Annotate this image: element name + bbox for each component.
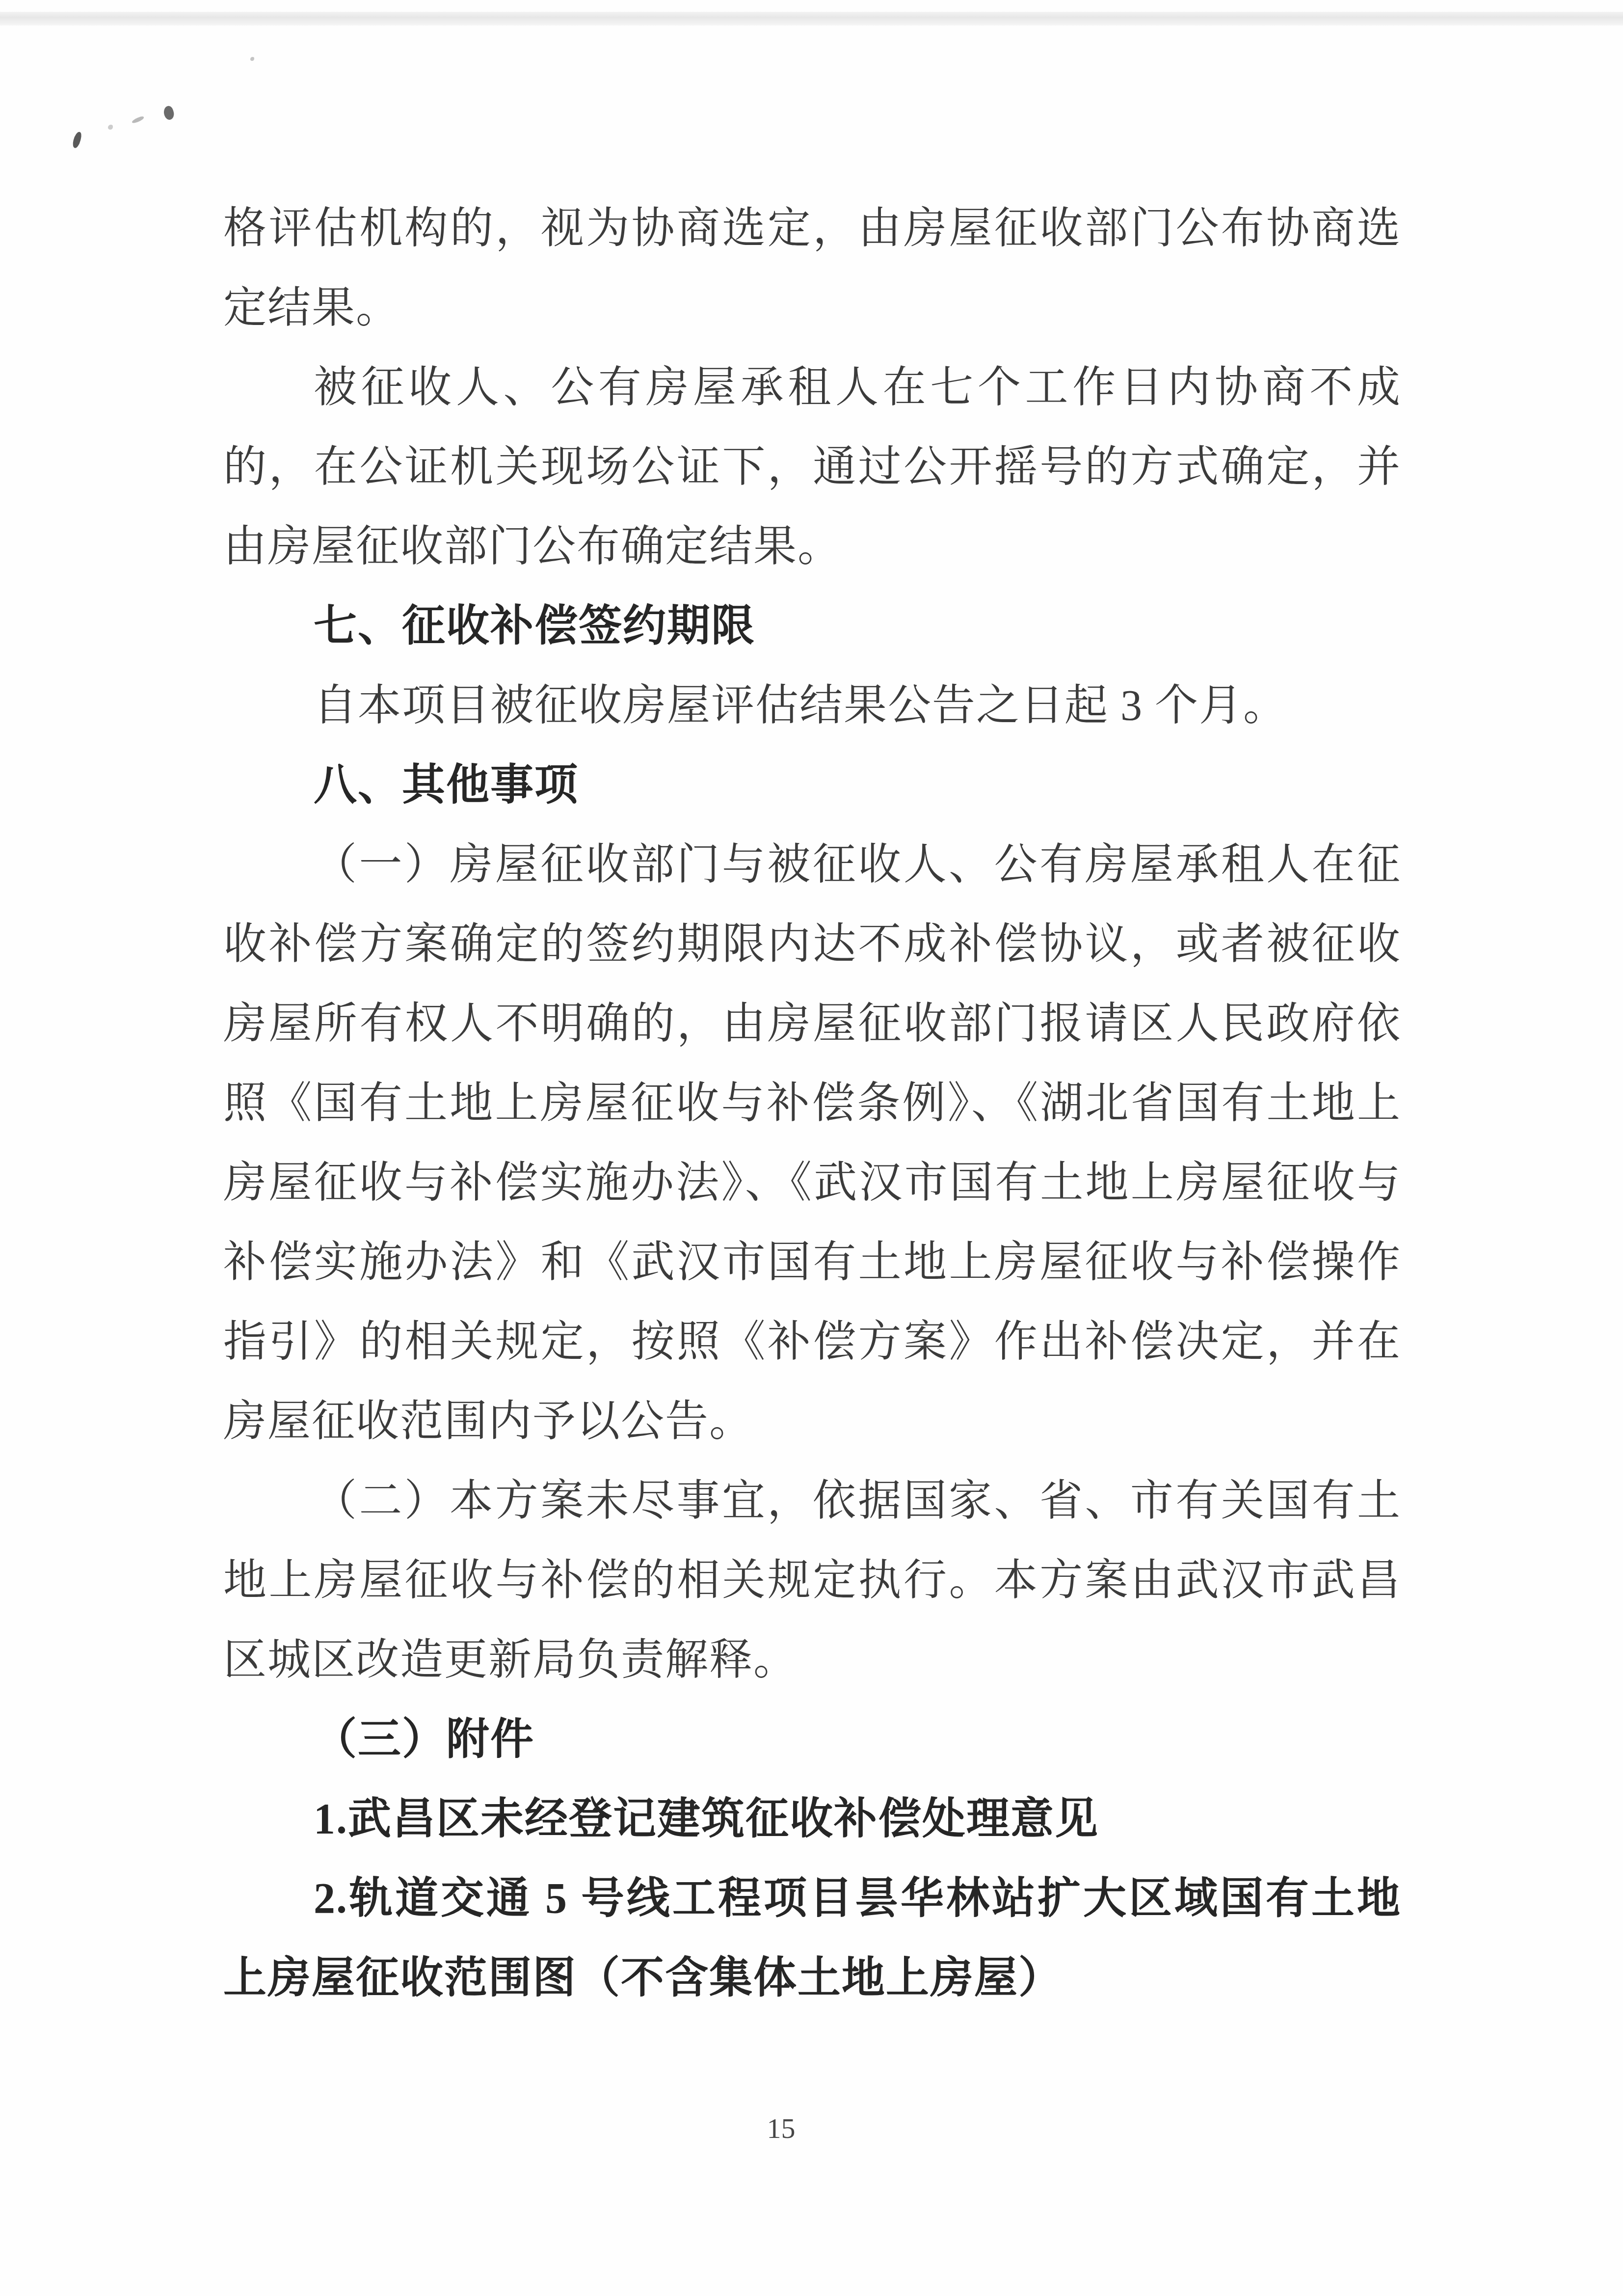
scan-speckle [250, 57, 254, 61]
text-line: 房屋征收与补偿实施办法》、《武汉市国有土地上房屋征收与 [223, 1143, 1401, 1223]
scan-speckle [131, 115, 144, 124]
text-line: 被征收人、公有房屋承租人在七个工作日内协商不成 [223, 348, 1401, 428]
text-line: 补偿实施办法》和《武汉市国有土地上房屋征收与补偿操作 [223, 1223, 1401, 1302]
scan-speckle [162, 105, 176, 121]
text-line: 格评估机构的，视为协商选定，由房屋征收部门公布协商选 [223, 189, 1401, 269]
document-page: 格评估机构的，视为协商选定，由房屋征收部门公布协商选定结果。被征收人、公有房屋承… [0, 0, 1623, 2296]
text-line: （二）本方案未尽事宜，依据国家、省、市有关国有土 [223, 1461, 1401, 1541]
text-line: 2.轨道交通 5 号线工程项目昙华林站扩大区域国有土地 [223, 1859, 1401, 1939]
text-line: 七、征收补偿签约期限 [223, 587, 1401, 666]
page-footer: 15 [0, 2112, 1623, 2145]
text-line: 区城区改造更新局负责解释。 [223, 1621, 1401, 1700]
scan-speckle [72, 131, 82, 149]
scan-artifact-top-band [0, 12, 1623, 26]
document-body: 格评估机构的，视为协商选定，由房屋征收部门公布协商选定结果。被征收人、公有房屋承… [223, 189, 1401, 2018]
text-line: 照《国有土地上房屋征收与补偿条例》、《湖北省国有土地上 [223, 1064, 1401, 1143]
text-line: 自本项目被征收房屋评估结果公告之日起 3 个月。 [223, 666, 1401, 746]
page-number: 15 [767, 2112, 796, 2145]
text-line: 由房屋征收部门公布确定结果。 [223, 507, 1401, 587]
text-line: 房屋所有权人不明确的，由房屋征收部门报请区人民政府依 [223, 984, 1401, 1064]
text-line: 房屋征收范围内予以公告。 [223, 1382, 1401, 1461]
text-line: 指引》的相关规定，按照《补偿方案》作出补偿决定，并在 [223, 1302, 1401, 1382]
text-line: 上房屋征收范围图（不含集体土地上房屋） [223, 1939, 1401, 2018]
text-line: 定结果。 [223, 269, 1401, 348]
text-line: （一）房屋征收部门与被征收人、公有房屋承租人在征 [223, 825, 1401, 905]
text-line: 1.武昌区未经登记建筑征收补偿处理意见 [223, 1780, 1401, 1859]
scan-speckle [108, 125, 113, 130]
text-line: 的，在公证机关现场公证下，通过公开摇号的方式确定，并 [223, 428, 1401, 507]
text-line: 地上房屋征收与补偿的相关规定执行。本方案由武汉市武昌 [223, 1541, 1401, 1621]
text-line: 八、其他事项 [223, 746, 1401, 825]
text-line: （三）附件 [223, 1700, 1401, 1780]
text-line: 收补偿方案确定的签约期限内达不成补偿协议，或者被征收 [223, 905, 1401, 984]
